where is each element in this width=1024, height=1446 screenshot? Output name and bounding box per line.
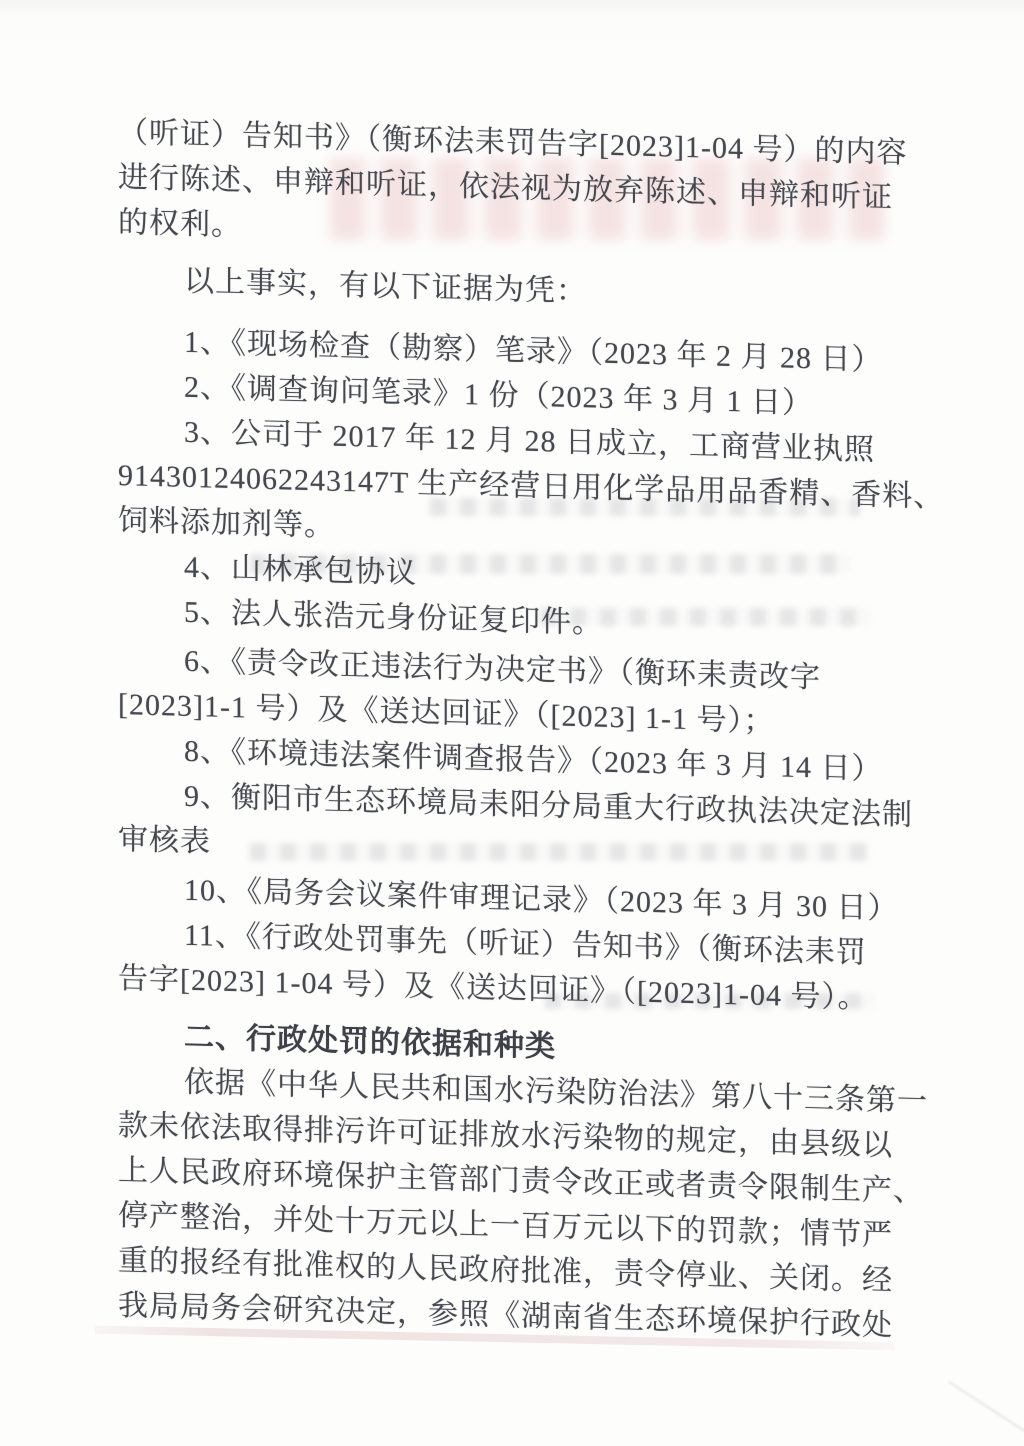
text-line-content: 以上事实，有以下证据为凭： bbox=[184, 265, 587, 309]
text-line-content: 审核表 bbox=[118, 823, 211, 858]
text-line: 以上事实，有以下证据为凭： bbox=[118, 257, 938, 323]
text-line-content: 5、法人张浩元身份证复印件。 bbox=[184, 596, 603, 640]
text-line-content: 饲料添加剂等。 bbox=[118, 504, 335, 543]
document-text: （听证）告知书》（衡环法耒罚告字[2023]1-04 号）的内容进行陈述、申辩和… bbox=[118, 110, 938, 1349]
text-line-content: 二、行政处罚的依据和种类 bbox=[184, 1021, 556, 1064]
page-corner-crease bbox=[948, 1381, 1024, 1446]
text-line-content: 的权利。 bbox=[118, 206, 242, 242]
text-line-content: 4、山林承包协议 bbox=[184, 551, 417, 590]
scanned-page: （听证）告知书》（衡环法耒罚告字[2023]1-04 号）的内容进行陈述、申辩和… bbox=[0, 0, 1024, 1446]
